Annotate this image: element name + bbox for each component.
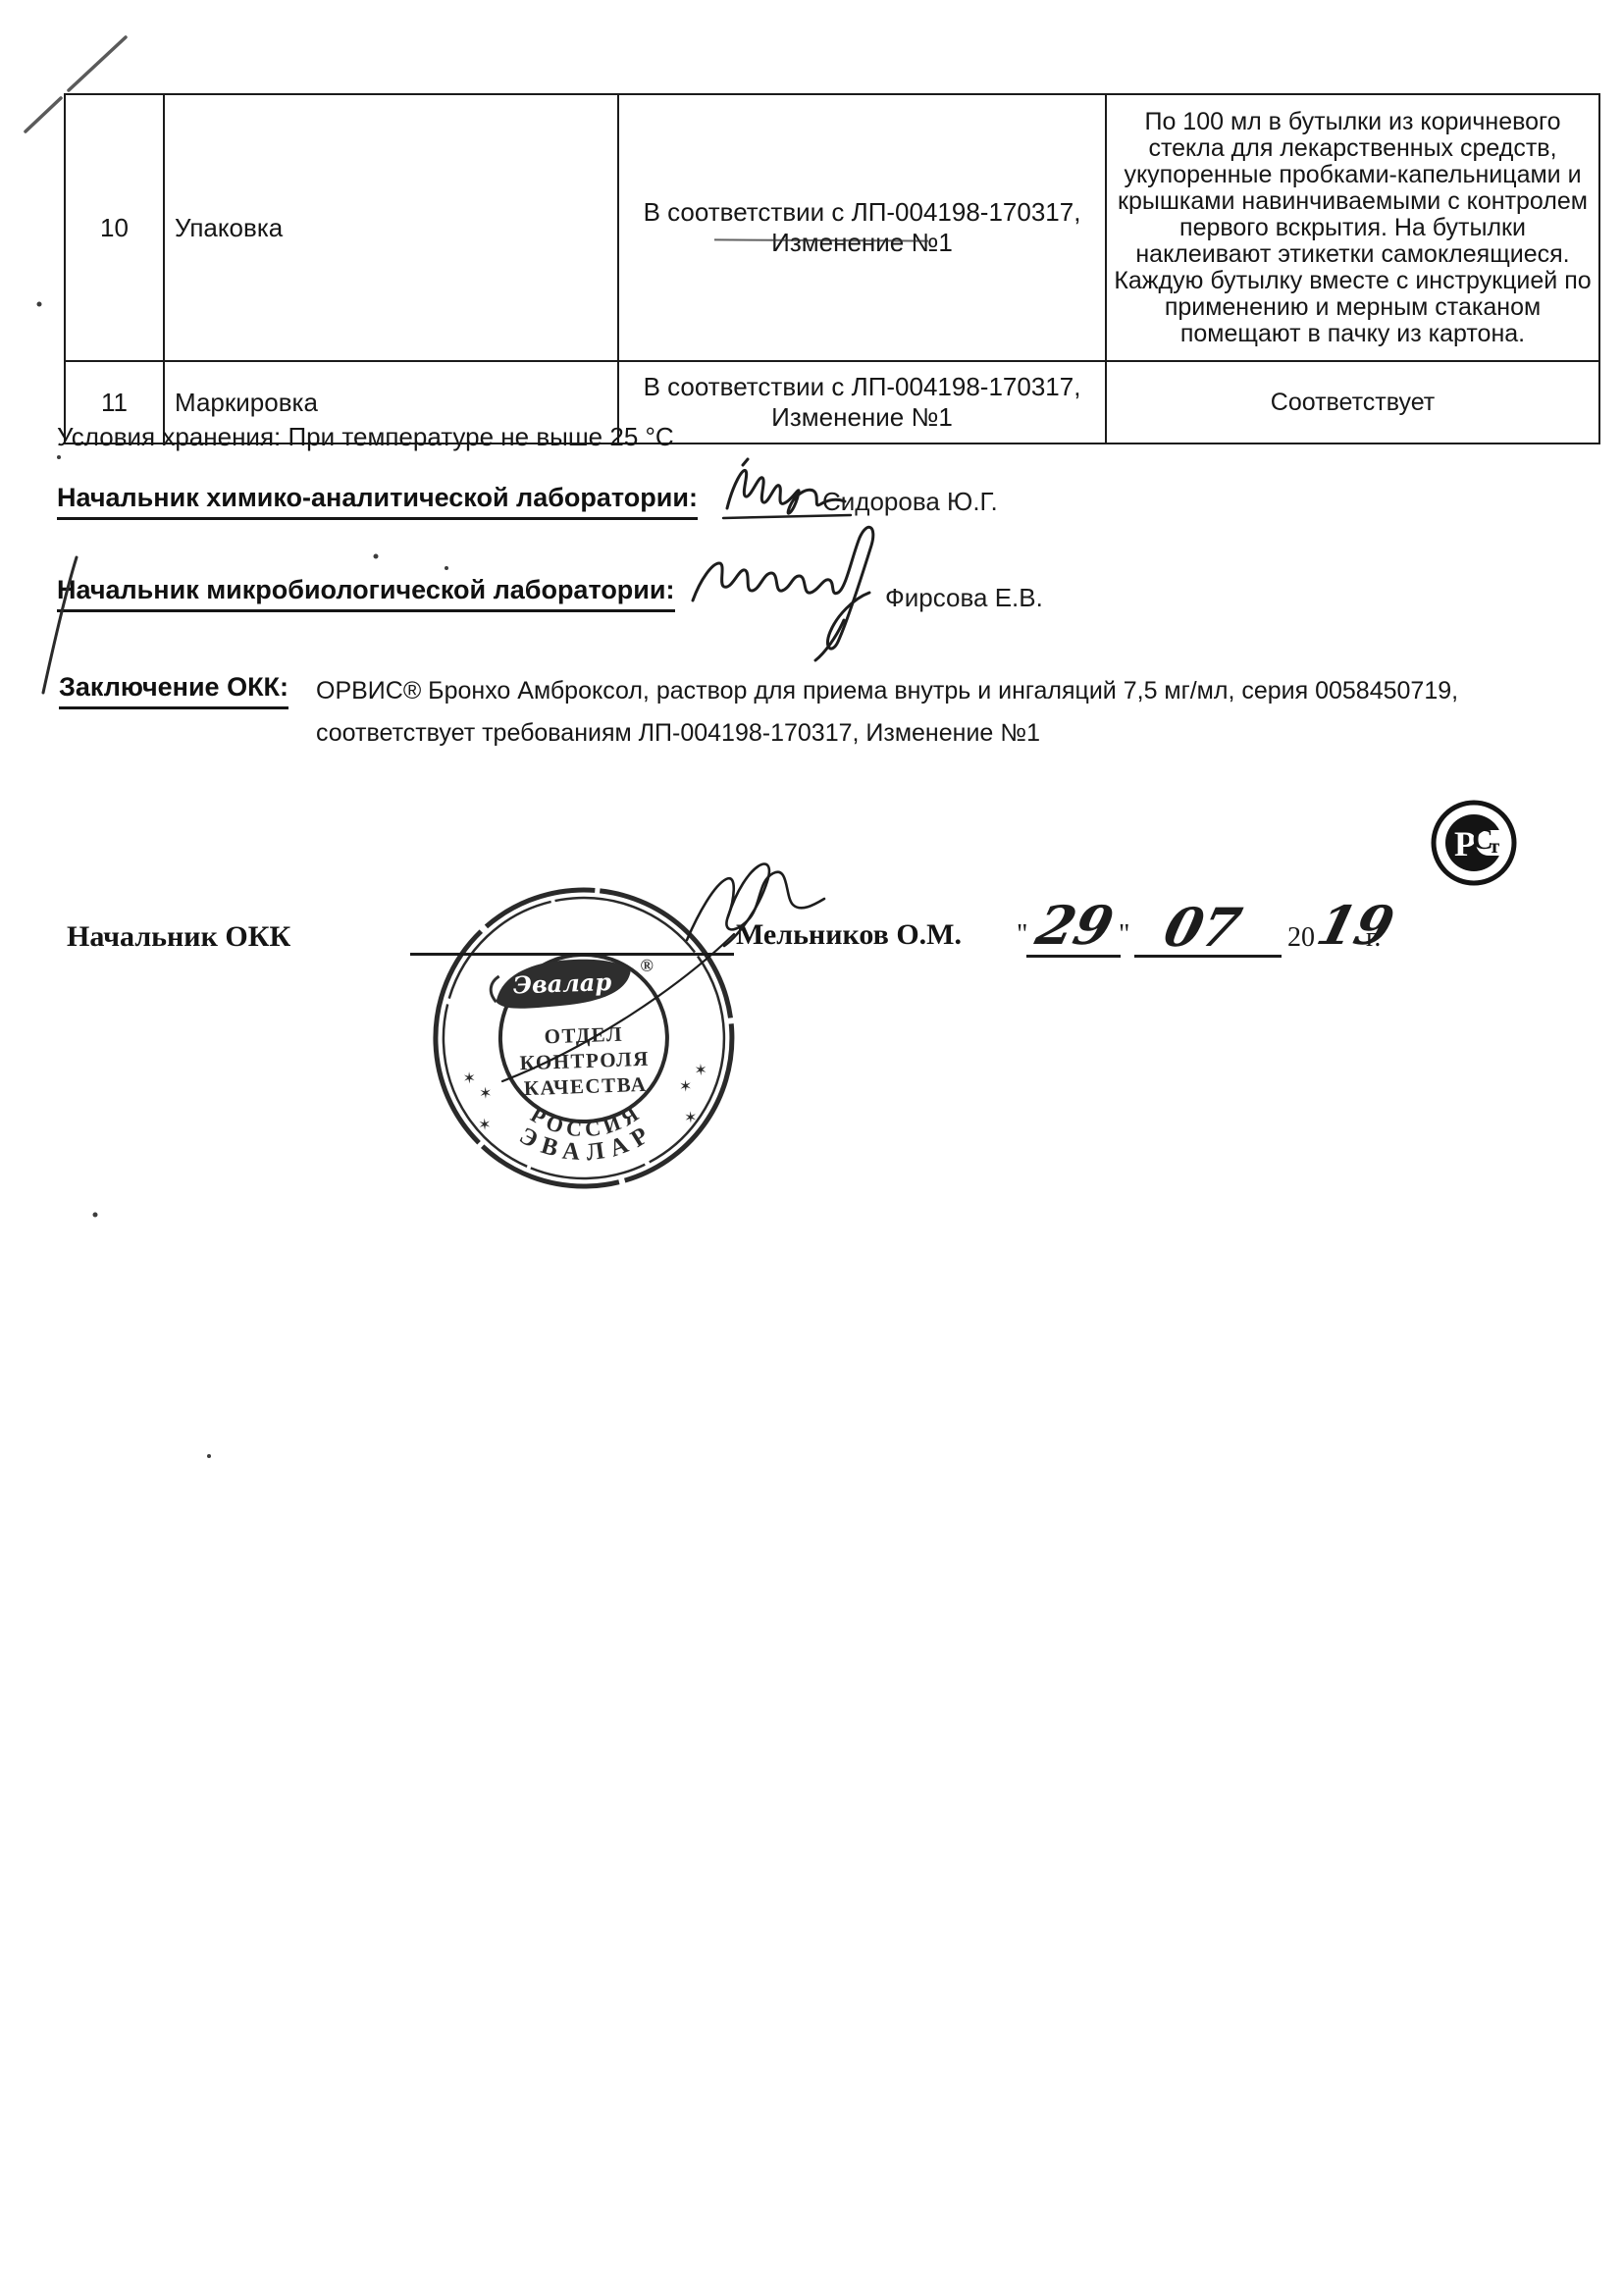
chem-lab-head-name: Сидорова Ю.Г.	[822, 487, 998, 517]
date-year-handwritten: 19	[1311, 894, 1400, 957]
parameter-name: Маркировка	[175, 388, 318, 417]
result-cell: Соответствует	[1106, 361, 1599, 444]
stamp-star-icon: ✶	[462, 1069, 476, 1087]
date-month-underline	[1134, 955, 1282, 958]
okk-conclusion-text: ОРВИС® Бронхо Амброксол, раствор для при…	[316, 670, 1458, 755]
requirement-line1: В соответствии с ЛП-004198-170317,	[625, 372, 1099, 402]
row-number-cell: 10	[65, 94, 164, 361]
firsova-signature	[693, 527, 873, 660]
result-cell: По 100 мл в бутылки из коричневого стекл…	[1106, 94, 1599, 361]
conclusion-line2: соответствует требованиям ЛП-004198-1703…	[316, 712, 1458, 755]
evalar-logo-icon: Эвалар	[490, 958, 632, 1010]
signature-line	[410, 953, 734, 956]
micro-lab-head-name: Фирсова Е.В.	[885, 583, 1043, 613]
document-page: 10 Упаковка В соответствии с ЛП-004198-1…	[0, 0, 1623, 2296]
storage-conditions: Условия хранения: При температуре не выш…	[57, 422, 674, 452]
okk-conclusion-label: Заключение ОКК:	[59, 672, 288, 709]
stamp-star-icon: ✶	[694, 1061, 707, 1079]
conclusion-line1: ОРВИС® Бронхо Амброксол, раствор для при…	[316, 670, 1458, 712]
stamp-dept-line3: КАЧЕСТВА	[523, 1072, 647, 1100]
date-open-quote: "	[1017, 919, 1027, 951]
okk-head-name: Мельников О.М.	[736, 918, 962, 952]
date-block: " 29 " 07 20 19 г.	[1017, 898, 1429, 986]
stamp-star-icon: ✶	[679, 1076, 693, 1095]
result-text: Соответствует	[1271, 389, 1435, 416]
requirement-line1: В соответствии с ЛП-004198-170317,	[625, 197, 1099, 228]
stamp-dept-line1: ОТДЕЛ	[544, 1022, 623, 1049]
company-stamp: Закрытое акционерное общество Алтайский …	[409, 863, 759, 1218]
rostest-certification-icon: Р С т	[1429, 798, 1519, 888]
row-number: 11	[101, 388, 128, 417]
date-day-handwritten: 29	[1030, 894, 1120, 957]
table-row: 10 Упаковка В соответствии с ЛП-004198-1…	[65, 94, 1599, 361]
stamp-star-icon: ✶	[684, 1108, 698, 1126]
date-day-underline	[1026, 955, 1121, 958]
stamp-star-icon: ✶	[479, 1083, 493, 1102]
result-text: По 100 мл в бутылки из коричневого стекл…	[1114, 108, 1591, 347]
requirement-line2: Изменение №1	[625, 402, 1099, 433]
date-close-quote: "	[1119, 919, 1129, 951]
okk-head-label: Начальник ОКК	[67, 920, 290, 954]
registered-trademark-icon: ®	[640, 955, 654, 974]
requirement-cell: В соответствии с ЛП-004198-170317, Измен…	[618, 94, 1106, 361]
row-number: 10	[100, 213, 129, 242]
cert-letter-t: т	[1490, 834, 1500, 858]
date-year-suffix: г.	[1366, 922, 1381, 954]
stamp-star-icon: ✶	[478, 1115, 492, 1133]
stamp-dept-line2: КОНТРОЛЯ	[519, 1047, 650, 1075]
date-year-prefix: 20	[1287, 922, 1315, 954]
requirement-line2: Изменение №1	[625, 228, 1099, 258]
parameter-cell: Упаковка	[164, 94, 618, 361]
date-month-handwritten: 07	[1158, 896, 1247, 959]
qc-table: 10 Упаковка В соответствии с ЛП-004198-1…	[64, 93, 1600, 444]
scan-specks	[37, 302, 449, 1459]
requirement-cell: В соответствии с ЛП-004198-170317, Измен…	[618, 361, 1106, 444]
parameter-name: Упаковка	[175, 213, 283, 242]
micro-lab-head-label: Начальник микробиологической лаборатории…	[57, 575, 675, 612]
stamp-logo-text: Эвалар	[512, 967, 611, 999]
chem-lab-head-label: Начальник химико-аналитической лаборатор…	[57, 483, 698, 520]
